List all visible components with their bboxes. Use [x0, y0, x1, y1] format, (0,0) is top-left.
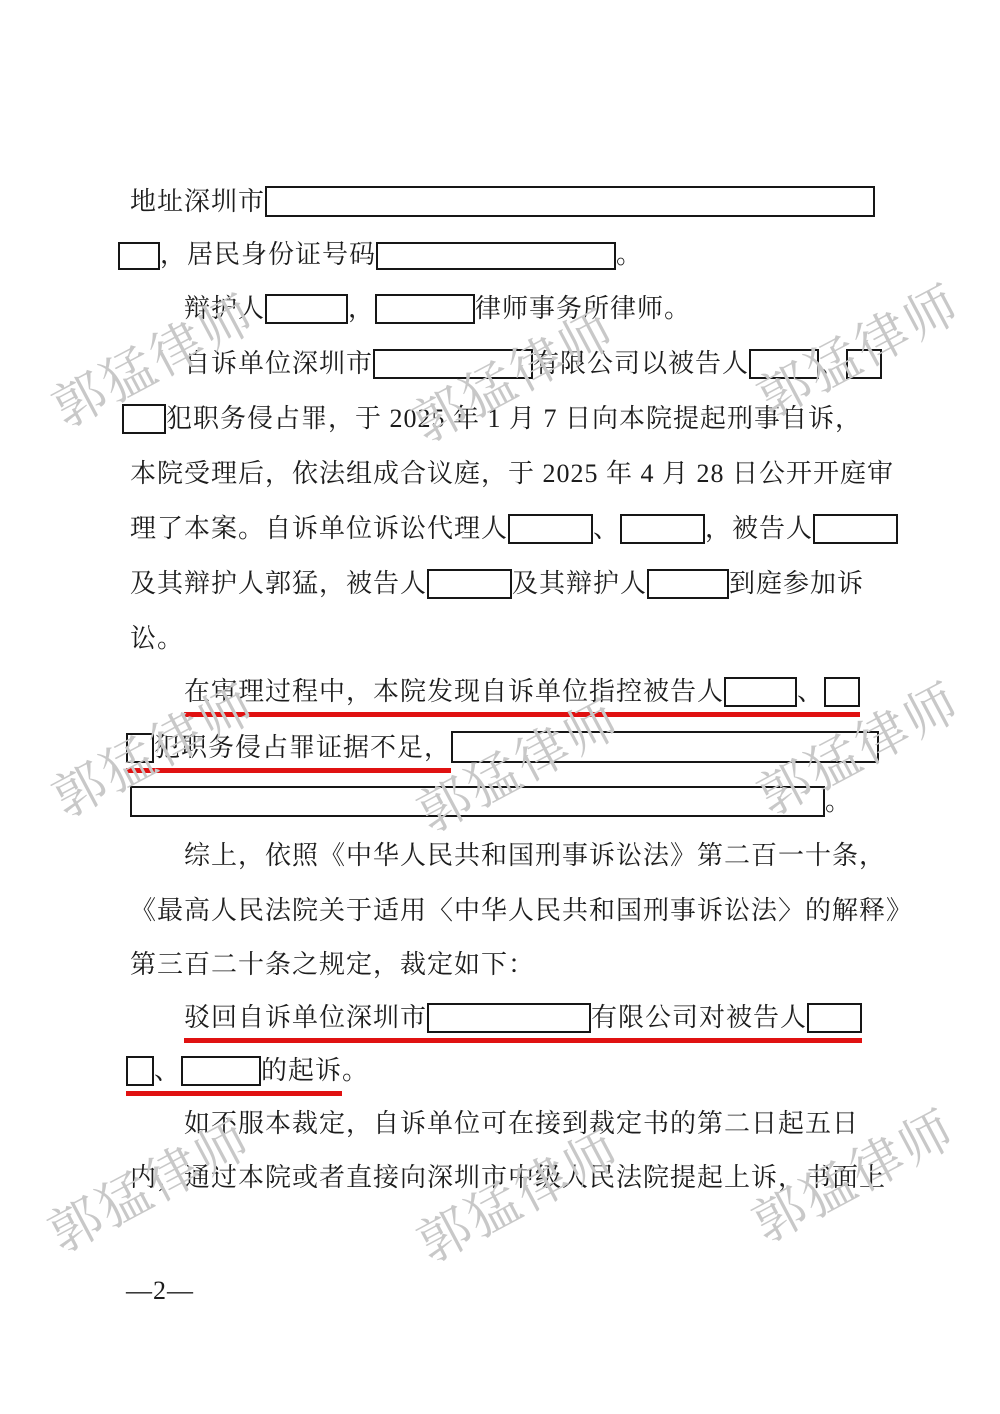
document-page: 地址深圳市，居民身份证号码。辩护人，律师事务所律师。自诉单位深圳市有限公司以被告… [0, 0, 1000, 1414]
doc-line: 辩护人，律师事务所律师。 [184, 294, 691, 324]
text-run: ，居民身份证号码 [160, 240, 376, 269]
redaction-box [130, 786, 825, 817]
doc-line: 犯职务侵占罪，于 2025 年 1 月 7 日向本院提起刑事自诉， [122, 404, 862, 434]
redaction-box [373, 349, 533, 379]
redaction-box [749, 349, 819, 379]
text-run: 驳回自诉单位深圳市 [184, 1003, 427, 1032]
text-run: 第三百二十条之规定，裁定如下： [130, 950, 535, 979]
doc-line: 《最高人民法院关于适用〈中华人民共和国刑事诉讼法〉的解释》 [130, 896, 913, 926]
text-run: 。 [825, 787, 852, 816]
doc-line: 讼。 [130, 624, 184, 654]
text-run: 在审理过程中，本院发现自诉单位指控被告人 [184, 677, 724, 706]
text-run: 律师事务所律师。 [475, 294, 691, 323]
doc-line: 综上，依照《中华人民共和国刑事诉讼法》第二百一十条， [184, 841, 886, 871]
text-run: 、 [593, 514, 620, 543]
doc-line: 自诉单位深圳市有限公司以被告人、 [184, 349, 882, 379]
redaction-box [126, 733, 154, 763]
redaction-box [620, 514, 705, 544]
text-run: 自诉单位深圳市 [184, 349, 373, 378]
doc-line: 理了本案。自诉单位诉讼代理人、，被告人 [130, 514, 898, 544]
text-run: 综上，依照《中华人民共和国刑事诉讼法》第二百一十条， [184, 841, 886, 870]
text-run: 、 [154, 1056, 181, 1085]
page-number: —2— [126, 1276, 194, 1306]
redaction-box [122, 404, 166, 434]
text-run: 。 [616, 240, 643, 269]
text-run: 的起诉 [261, 1056, 342, 1085]
red-underline-group: 在审理过程中，本院发现自诉单位指控被告人、 [184, 677, 860, 717]
text-run: ， [348, 294, 375, 323]
redaction-box [427, 1003, 591, 1033]
text-run: 、 [797, 677, 824, 706]
doc-line: 地址深圳市 [130, 186, 875, 217]
doc-line: 及其辩护人郭猛，被告人及其辩护人到庭参加诉 [130, 569, 864, 599]
text-run: 讼。 [130, 624, 184, 653]
doc-line: 、的起诉。 [126, 1056, 369, 1096]
text-run: 内，通过本院或者直接向深圳市中级人民法院提起上诉，书面上 [130, 1163, 886, 1192]
text-run: ，被告人 [705, 514, 813, 543]
redaction-box [118, 242, 160, 270]
redaction-box [376, 242, 616, 270]
doc-line: 第三百二十条之规定，裁定如下： [130, 950, 535, 980]
text-run: 有限公司以被告人 [533, 349, 749, 378]
redaction-box [813, 514, 898, 544]
doc-line: 在审理过程中，本院发现自诉单位指控被告人、 [184, 677, 860, 717]
red-underline-group: 、的起诉 [126, 1056, 342, 1096]
redaction-box [846, 349, 882, 379]
doc-line: ，居民身份证号码。 [118, 240, 643, 270]
text-run: 《最高人民法院关于适用〈中华人民共和国刑事诉讼法〉的解释》 [130, 896, 913, 925]
doc-line: 驳回自诉单位深圳市有限公司对被告人 [184, 1003, 862, 1043]
red-underline-group: 犯职务侵占罪证据不足， [126, 733, 451, 773]
doc-line: 本院受理后，依法组成合议庭，于 2025 年 4 月 28 日公开开庭审 [130, 459, 894, 489]
red-underline-group: 驳回自诉单位深圳市有限公司对被告人 [184, 1003, 862, 1043]
doc-line: 。 [130, 786, 852, 817]
redaction-box [265, 186, 875, 217]
doc-line: 犯职务侵占罪证据不足， [126, 731, 879, 773]
text-run: 犯职务侵占罪，于 2025 年 1 月 7 日向本院提起刑事自诉， [166, 404, 862, 433]
redaction-box [807, 1003, 862, 1033]
text-run: 。 [342, 1056, 369, 1085]
text-run: 犯职务侵占罪证据不足， [154, 733, 451, 762]
text-run: 及其辩护人郭猛，被告人 [130, 569, 427, 598]
redaction-box [181, 1056, 261, 1086]
text-run: 地址深圳市 [130, 187, 265, 216]
doc-line: 内，通过本院或者直接向深圳市中级人民法院提起上诉，书面上 [130, 1163, 886, 1193]
text-run: 辩护人 [184, 294, 265, 323]
redaction-box [126, 1056, 154, 1086]
redaction-box [824, 677, 860, 707]
redaction-box [451, 731, 879, 763]
redaction-box [427, 569, 512, 599]
redaction-box [375, 294, 475, 324]
redaction-box [647, 569, 729, 599]
redaction-box [508, 514, 593, 544]
text-run: 理了本案。自诉单位诉讼代理人 [130, 514, 508, 543]
redaction-box [265, 294, 348, 324]
text-run: 如不服本裁定，自诉单位可在接到裁定书的第二日起五日 [184, 1109, 859, 1138]
text-run: 、 [819, 349, 846, 378]
text-run: 有限公司对被告人 [591, 1003, 807, 1032]
redaction-box [724, 677, 797, 707]
text-run: 及其辩护人 [512, 569, 647, 598]
text-run: 本院受理后，依法组成合议庭，于 2025 年 4 月 28 日公开开庭审 [130, 459, 894, 488]
doc-line: 如不服本裁定，自诉单位可在接到裁定书的第二日起五日 [184, 1109, 859, 1139]
document-body: 地址深圳市，居民身份证号码。辩护人，律师事务所律师。自诉单位深圳市有限公司以被告… [0, 0, 1000, 1414]
text-run: 到庭参加诉 [729, 569, 864, 598]
